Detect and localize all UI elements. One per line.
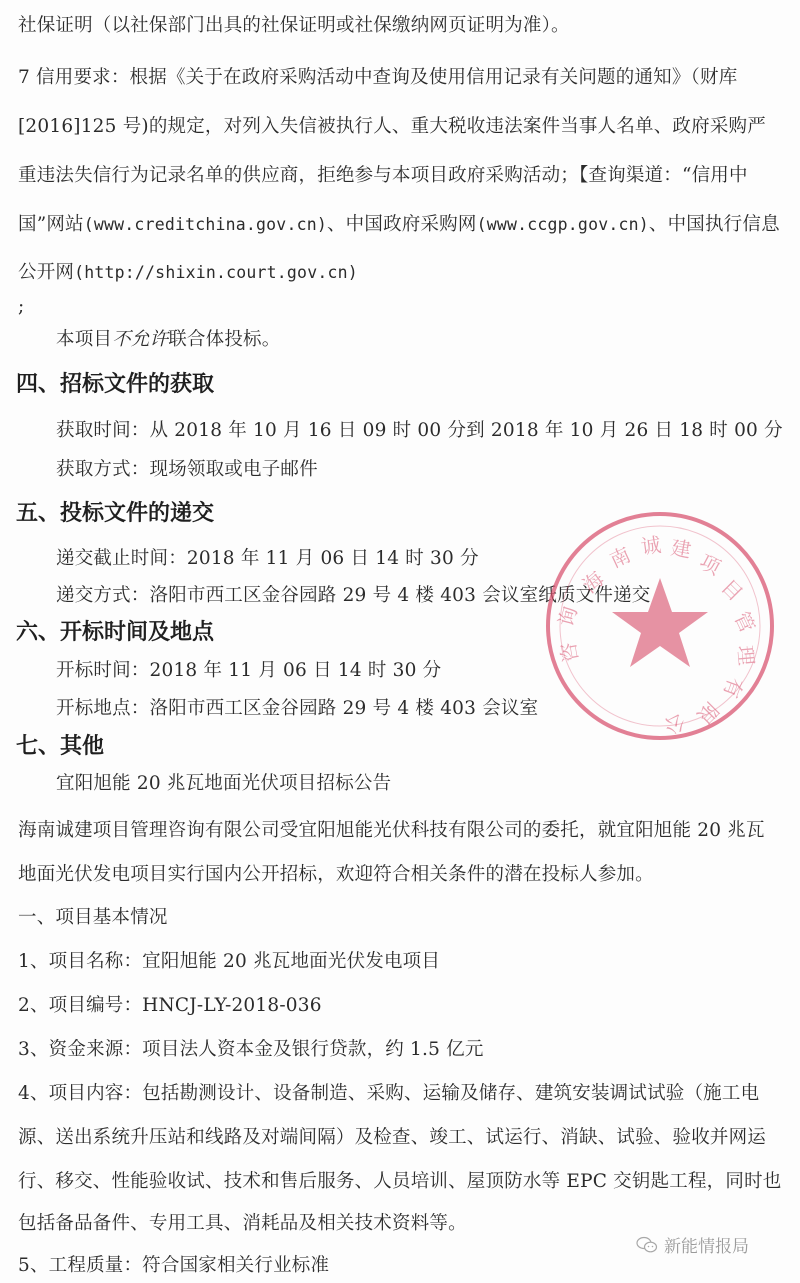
text-line-credit-refusal: 重违法失信行为记录名单的供应商，拒绝参与本项目政府采购活动；【查询渠道：“信用中 [18,164,748,188]
official-seal: 海 南 诚 建 项 目 管 理 有 限 公 询 咨 [546,512,774,740]
text-fragment: 公开网 [18,262,74,283]
section-heading-5: 五、投标文件的递交 [16,500,214,528]
text-line-semicolon: ; [18,295,24,319]
list-item-project-content-cont: 行、移交、性能验收试、技术和售后服务、人员培训、屋顶防水等 EPC 交钥匙工程，… [18,1170,781,1194]
text-fragment: 联合体投标。 [168,329,280,350]
svg-text:理: 理 [733,644,759,666]
text-line-social-security: 社保证明（以社保部门出具的社保证明或社保缴纳网页证明为准）。 [18,14,570,38]
svg-text:项: 项 [696,549,726,580]
list-item-project-content: 4、项目内容：包括勘测设计、设备制造、采购、运输及储存、建筑安装调试试验（施工电 [18,1082,759,1106]
svg-text:有: 有 [718,674,747,701]
text-line-intro-1: 海南诚建项目管理咨询有限公司受宜阳旭能光伏科技有限公司的委托，就宜阳旭能 20 … [18,819,765,843]
text-fragment: 、中国政府采购网 [327,214,477,235]
svg-text:管: 管 [729,608,759,636]
text-line-query-sites: 国”网站(www.creditchina.gov.cn)、中国政府采购网(www… [18,213,780,237]
text-line-no-consortium: 本项目不允许联合体投标。 [56,328,280,352]
text-fragment: 本项目 [56,329,112,350]
svg-text:目: 目 [716,575,747,606]
list-item-project-name: 1、项目名称：宜阳旭能 20 兆瓦地面光伏发电项目 [18,950,440,974]
list-item-quality: 5、工程质量：符合国家相关行业标准 [18,1254,329,1278]
text-line-intro-2: 地面光伏发电项目实行国内公开招标，欢迎符合相关条件的潜在投标人参加。 [18,863,654,887]
svg-text:限: 限 [692,697,723,728]
link-creditchina[interactable]: (www.creditchina.gov.cn) [84,215,327,234]
text-line-opening-place: 开标地点：洛阳市西工区金谷园路 29 号 4 楼 403 会议室 [56,697,538,721]
text-line-credit-regulation: [2016]125 号)的规定，对列入失信被执行人、重大税收违法案件当事人名单、… [18,115,766,139]
svg-text:公: 公 [661,709,688,736]
text-line-submit-deadline: 递交截止时间：2018 年 11 月 06 日 14 时 30 分 [56,547,479,571]
svg-text:咨: 咨 [556,640,583,664]
list-item-funding-source: 3、资金来源：项目法人资本金及银行贷款，约 1.5 亿元 [18,1038,484,1062]
wechat-icon [636,1236,658,1254]
svg-text:建: 建 [669,535,693,562]
text-line-query-court: 公开网(http://shixin.court.gov.cn) [18,261,358,285]
section-heading-7: 七、其他 [16,733,104,761]
link-ccgp[interactable]: (www.ccgp.gov.cn) [477,215,649,234]
svg-text:询: 询 [554,604,582,630]
link-shixin-court[interactable]: (http://shixin.court.gov.cn) [74,263,358,282]
section-heading-4: 四、招标文件的获取 [16,371,214,399]
document-page: 社保证明（以社保部门出具的社保证明或社保缴纳网页证明为准）。 7 信用要求：根据… [0,0,800,1283]
text-line-acquire-method: 获取方式：现场领取或电子邮件 [56,458,318,482]
text-line-acquire-time: 获取时间：从 2018 年 10 月 16 日 09 时 00 分到 2018 … [56,419,783,443]
text-fragment: 、中国执行信息 [649,214,780,235]
list-item-project-number: 2、项目编号：HNCJ-LY-2018-036 [18,994,322,1018]
seal-star-icon: 海 南 诚 建 项 目 管 理 有 限 公 询 咨 [550,516,770,736]
text-line-credit-requirement: 7 信用要求：根据《关于在政府采购活动中查询及使用信用记录有关问题的通知》（财库 [18,66,737,90]
text-fragment: 国”网站 [18,214,84,235]
svg-text:南: 南 [606,542,634,572]
text-line-opening-time: 开标时间：2018 年 11 月 06 日 14 时 30 分 [56,659,441,683]
watermark-text: 新能情报局 [664,1232,749,1257]
text-fragment-italic: 不允许 [112,329,168,350]
text-line-announcement-title: 宜阳旭能 20 兆瓦地面光伏项目招标公告 [56,772,391,796]
list-item-project-content-cont: 包括备品备件、专用工具、消耗品及相关技术资料等。 [18,1212,467,1236]
wechat-watermark: 新能情报局 [636,1232,749,1257]
svg-text:海: 海 [578,567,609,598]
section-heading-6: 六、开标时间及地点 [16,619,214,647]
list-item-project-content-cont: 源、送出系统升压站和线路及对端间隔）及检查、竣工、试运行、消缺、试验、验收并网运 [18,1126,766,1150]
svg-text:诚: 诚 [639,532,662,559]
text-line-part1-heading: 一、项目基本情况 [18,906,168,930]
